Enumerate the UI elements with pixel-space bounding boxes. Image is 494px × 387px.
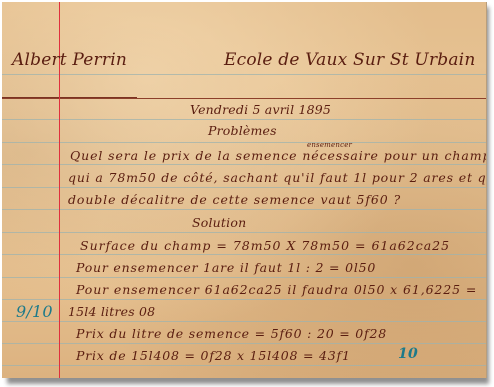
- final-mark: 10: [398, 346, 418, 362]
- problem-line-3: double décalitre de cette semence vaut 5…: [68, 192, 401, 207]
- solution-line-3: Pour ensemencer 61a62ca25 il faudra 0l50…: [76, 282, 477, 297]
- ruled-line: [2, 164, 486, 165]
- ruled-line: [2, 277, 486, 278]
- date-line: Vendredi 5 avril 1895: [190, 102, 331, 117]
- notebook-page: Albert Perrin Ecole de Vaux Sur St Urbai…: [2, 2, 487, 378]
- margin-grade: 9/10: [16, 302, 53, 321]
- solution-line-2: Pour ensemencer 1are il faut 1l : 2 = 0l…: [76, 260, 376, 275]
- ruled-line: [2, 74, 486, 75]
- header-rule: [2, 98, 486, 99]
- ruled-line: [2, 187, 486, 188]
- problem-line-1: Quel sera le prix de la semence nécessai…: [70, 148, 487, 163]
- ruled-line: [2, 365, 486, 366]
- school-name: Ecole de Vaux Sur St Urbain: [224, 50, 475, 70]
- student-name: Albert Perrin: [12, 50, 127, 70]
- ruled-line: [2, 254, 486, 255]
- solution-line-6: Prix de 15l408 = 0f28 x 15l408 = 43f1: [76, 348, 351, 363]
- problem-line-2: qui a 78m50 de côté, sachant qu'il faut …: [68, 170, 487, 185]
- ruled-line: [2, 209, 486, 210]
- ruled-line: [2, 343, 486, 344]
- solution-line-5: Prix du litre de semence = 5f60 : 20 = 0…: [76, 326, 387, 341]
- solution-heading: Solution: [192, 215, 246, 230]
- problem-heading: Problèmes: [208, 123, 277, 138]
- solution-line-1: Surface du champ = 78m50 X 78m50 = 61a62…: [80, 238, 450, 253]
- ruled-line: [2, 232, 486, 233]
- solution-line-4: 15l4 litres 08: [68, 304, 155, 319]
- ruled-line: [2, 299, 486, 300]
- ruled-line: [2, 321, 486, 322]
- ruled-line: [2, 119, 486, 120]
- ruled-line: [2, 142, 486, 143]
